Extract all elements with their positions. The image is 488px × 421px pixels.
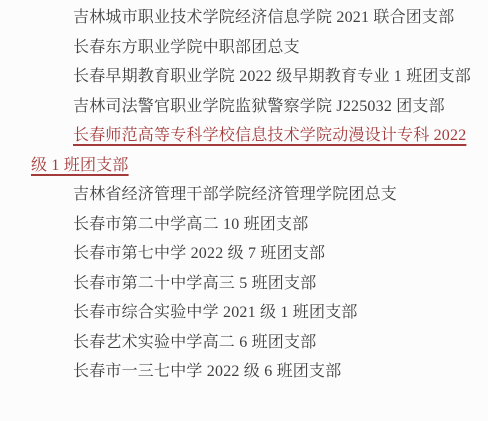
branch-item: 长春艺术实验中学高二 6 班团支部	[31, 328, 476, 358]
branch-item: 长春市第二中学高二 10 班团支部	[31, 210, 476, 240]
branch-item: 长春市第二十中学高三 5 班团支部	[31, 269, 476, 299]
branch-item: 吉林省经济管理干部学院经济管理学院团总支	[31, 180, 476, 210]
branch-item: 长春市一三七中学 2022 级 6 班团支部	[31, 357, 476, 387]
branch-item: 长春市综合实验中学 2021 级 1 班团支部	[31, 298, 476, 328]
document-page: 吉林城市职业技术学院经济信息学院 2021 联合团支部 长春东方职业学院中职部团…	[0, 0, 488, 421]
branch-item: 长春市第七中学 2022 级 7 班团支部	[31, 239, 476, 269]
branch-item: 吉林司法警官职业学院监狱警察学院 J225032 团支部	[31, 92, 476, 122]
branch-item: 吉林城市职业技术学院经济信息学院 2021 联合团支部	[31, 3, 476, 33]
branch-item: 长春早期教育职业学院 2022 级早期教育专业 1 班团支部	[31, 62, 476, 92]
branch-item-highlighted: 长春师范高等专科学校信息技术学院动漫设计专科 2022 级 1 班团支部	[31, 121, 476, 180]
branch-item: 长春东方职业学院中职部团总支	[31, 33, 476, 63]
